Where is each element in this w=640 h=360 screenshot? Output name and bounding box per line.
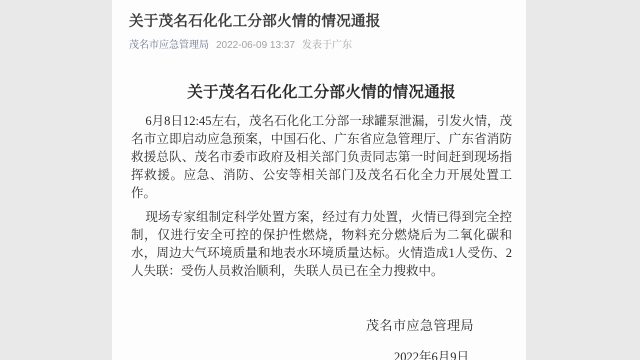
publish-time: 2022-06-09 13:37	[216, 40, 295, 52]
publish-location: 发表于广东	[302, 40, 352, 52]
article-header: 关于茂名石化化工分部火情的情况通报 茂名市应急管理局 2022-06-09 13…	[112, 0, 526, 52]
signature-date: 2022年6月9日	[131, 349, 512, 360]
notice-document: 关于茂名石化化工分部火情的情况通报 6月8日12:45左右，茂名石化化工分部一球…	[112, 83, 526, 360]
page-title: 关于茂名石化化工分部火情的情况通报	[129, 13, 510, 31]
signature-authority: 茂名市应急管理局	[131, 318, 512, 334]
paragraph-incident: 6月8日12:45左右，茂名石化化工分部一球罐泵泄漏，引发火情，茂名市立即启动应…	[131, 112, 512, 202]
account-name-link[interactable]: 茂名市应急管理局	[129, 40, 209, 52]
article-meta: 茂名市应急管理局 2022-06-09 13:37 发表于广东	[129, 40, 510, 52]
paragraph-response: 现场专家组制定科学处置方案，经过有力处置，火情已得到完全控制，仅进行安全可控的保…	[131, 208, 512, 280]
document-title: 关于茂名石化化工分部火情的情况通报	[131, 83, 512, 103]
signature-block: 茂名市应急管理局 2022年6月9日	[131, 318, 512, 360]
article-card: 关于茂名石化化工分部火情的情况通报 茂名市应急管理局 2022-06-09 13…	[112, 0, 526, 360]
